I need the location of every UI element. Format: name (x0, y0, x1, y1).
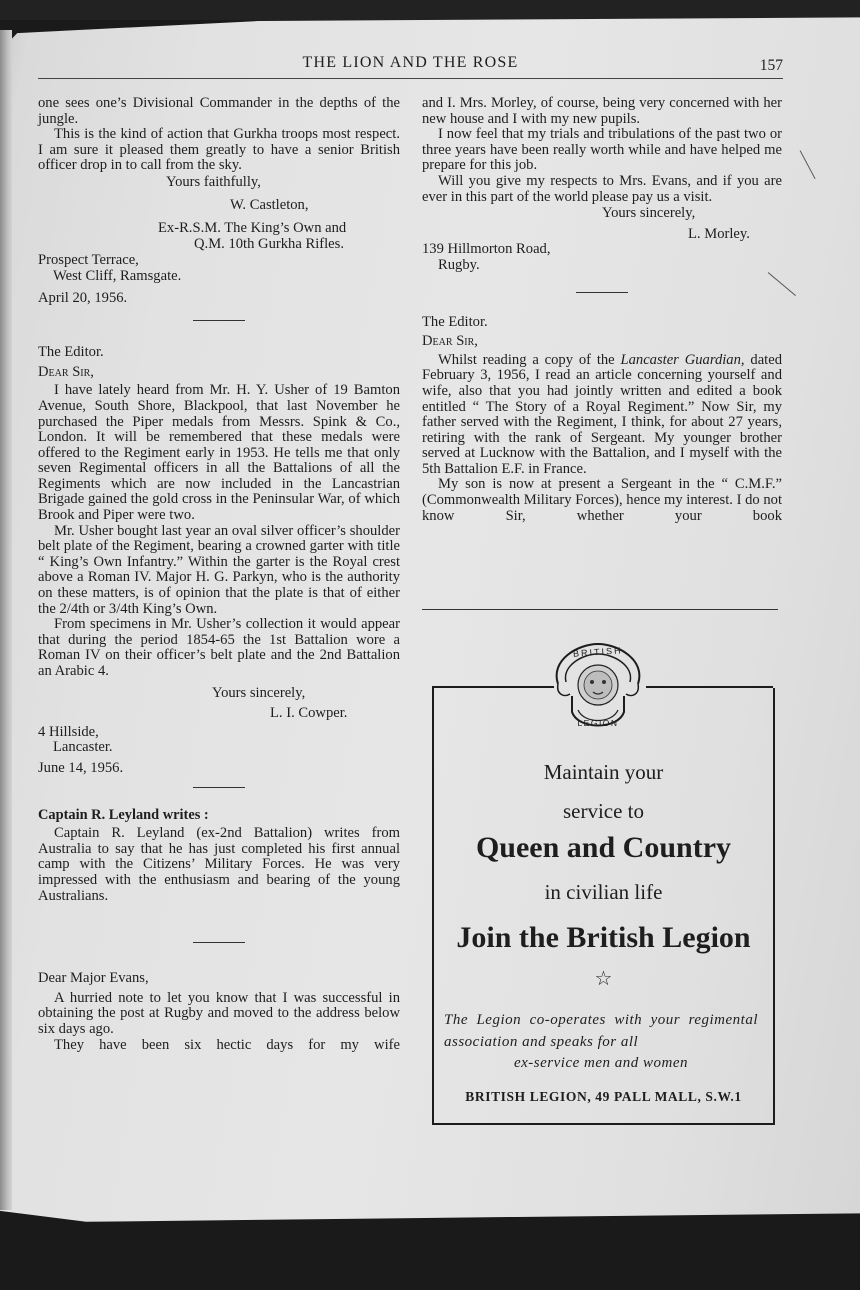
ad-call-to-action: Join the British Legion (434, 921, 773, 955)
guardian-letter-paragraph: Whilst reading a copy of the Lancaster G… (422, 353, 782, 478)
castleton-letter-paragraph: This is the kind of action that Gurkha t… (38, 127, 400, 174)
page-number: 157 (760, 57, 783, 75)
ad-headline-line: Maintain your (434, 760, 773, 785)
letter-closing: Yours sincerely, (38, 686, 400, 702)
morley-letter-paragraph: and I. Mrs. Morley, of course, being ver… (422, 96, 782, 127)
dark-background (0, 0, 860, 20)
star-icon: ☆ (434, 966, 773, 991)
sender-address: Rugby. (422, 258, 782, 274)
letter-closing: Yours faithfully, (38, 175, 400, 191)
letter-date: April 20, 1956. (38, 291, 400, 307)
svg-text:BRITISH: BRITISH (573, 645, 623, 658)
letter-closing: Yours sincerely, (422, 206, 782, 222)
signatory-title: Q.M. 10th Gurkha Rifles. (38, 237, 400, 253)
ad-description-text: ex-service men and women (444, 1053, 758, 1075)
usher-letter-paragraph: From specimens in Mr. Usher’s collection… (38, 617, 400, 679)
section-divider (193, 787, 245, 788)
running-head: THE LION AND THE ROSE 157 (38, 52, 783, 79)
letter-date: June 14, 1956. (38, 761, 400, 777)
sender-address: Prospect Terrace, (38, 253, 400, 269)
letter-signature: L. I. Cowper. (38, 706, 400, 722)
signatory-title: Ex-R.S.M. The King’s Own and (38, 221, 400, 237)
usher-letter-paragraph: I have lately heard from Mr. H. Y. Usher… (38, 383, 400, 523)
page-gutter (0, 30, 12, 1210)
morley-letter-paragraph: I now feel that my trials and tribulatio… (422, 127, 782, 174)
section-divider (193, 942, 245, 943)
letter-addressee: The Editor. (422, 315, 782, 331)
ad-address: BRITISH LEGION, 49 PALL MALL, S.W.1 (434, 1089, 773, 1105)
sender-address: 4 Hillside, (38, 725, 400, 741)
letter-salutation: Dear Sir, (38, 365, 400, 381)
letter-salutation: Dear Major Evans, (38, 971, 400, 987)
advertisement-divider (422, 609, 778, 610)
usher-letter-paragraph: Mr. Usher bought last year an oval silve… (38, 524, 400, 618)
section-divider (193, 320, 245, 321)
paragraph-text: dated February 3, 1956, I read an articl… (422, 352, 782, 477)
journal-title: THE LION AND THE ROSE (38, 54, 783, 72)
letter-addressee: The Editor. (38, 345, 400, 361)
letter-signature: W. Castleton, (38, 198, 400, 214)
sender-address: Lancaster. (38, 740, 400, 756)
british-legion-lion-badge-icon: BRITISH LEGION (548, 640, 648, 736)
guardian-letter-paragraph: My son is now at present a Sergeant in t… (422, 477, 782, 524)
left-column: one sees one’s Divisional Commander in t… (38, 96, 400, 1053)
morley-letter-paragraph: They have been six hectic days for my wi… (38, 1038, 400, 1054)
ad-headline-line: in civilian life (434, 880, 773, 905)
leyland-heading: Captain R. Leyland writes : (38, 808, 400, 824)
ad-description-text: The Legion co-operates with your regimen… (444, 1012, 758, 1050)
letter-signature: L. Morley. (422, 227, 782, 243)
newspaper-title: Lancaster Guardian, (620, 352, 744, 368)
svg-text:LEGION: LEGION (577, 718, 618, 728)
letter-salutation: Dear Sir, (422, 334, 782, 350)
ad-headline-bold: Queen and Country (434, 831, 773, 865)
leyland-paragraph: Captain R. Leyland (ex-2nd Battalion) wr… (38, 826, 400, 904)
sender-address: 139 Hillmorton Road, (422, 242, 782, 258)
morley-letter-paragraph: Will you give my respects to Mrs. Evans,… (422, 174, 782, 205)
paragraph-text: Whilst reading a copy of the (438, 352, 620, 368)
sender-address: West Cliff, Ramsgate. (38, 269, 400, 285)
morley-letter-paragraph: A hurried note to let you know that I wa… (38, 991, 400, 1038)
ad-description: The Legion co-operates with your regimen… (444, 1010, 758, 1075)
ad-headline-line: service to (434, 799, 773, 824)
section-divider (576, 292, 628, 293)
castleton-letter-paragraph: one sees one’s Divisional Commander in t… (38, 96, 400, 127)
right-column: and I. Mrs. Morley, of course, being ver… (422, 96, 782, 524)
